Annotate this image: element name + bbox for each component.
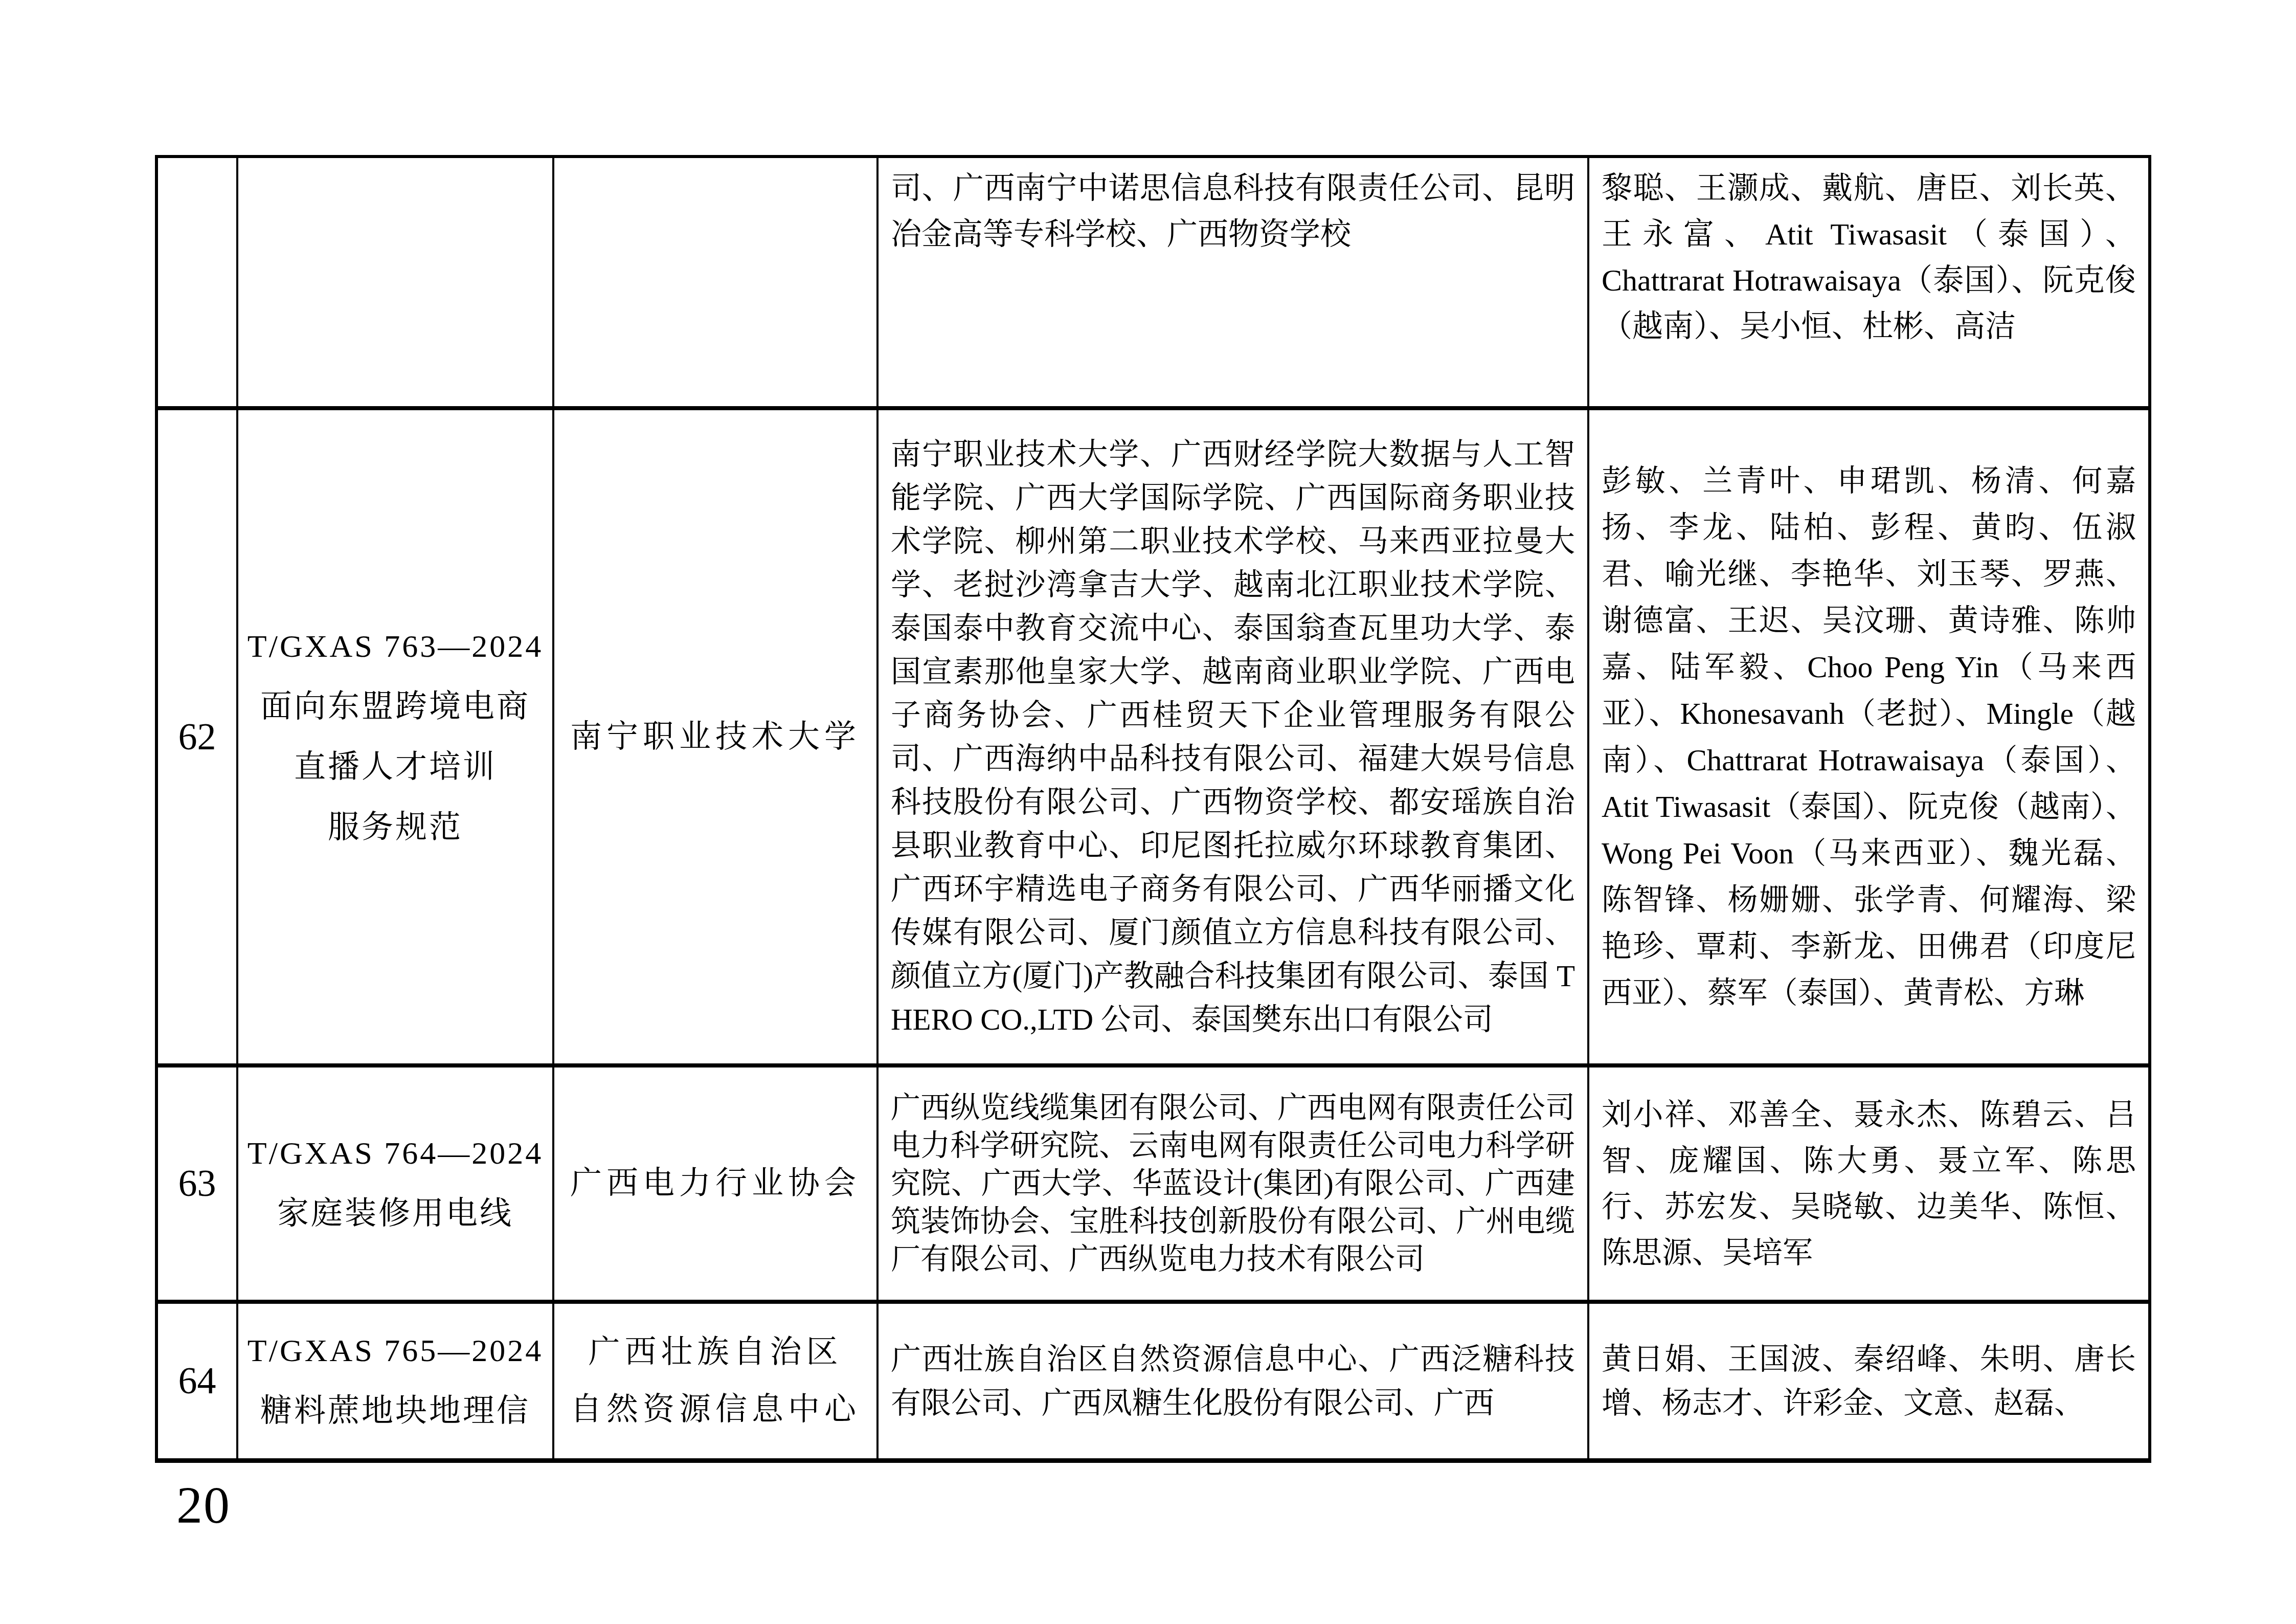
column-divider [236, 158, 238, 1458]
cell-drafting-units: 广西壮族自治区自然资源信息中心、广西泛糖科技有限公司、广西凤糖生化股份有限公司、… [879, 1304, 1587, 1458]
seq-number: 63 [178, 1163, 216, 1204]
cell-seq: 63 [158, 1067, 236, 1300]
drafters-text: 黄日娟、王国波、秦绍峰、朱明、唐长增、杨志才、许彩金、文意、赵磊、 [1602, 1337, 2136, 1425]
cell-org: 南宁职业技术大学 [554, 410, 876, 1063]
seq-number: 62 [178, 717, 216, 758]
org-name-line: 自然资源信息中心 [570, 1381, 861, 1438]
column-divider [552, 158, 554, 1458]
standard-title-line: 服务规范 [328, 797, 463, 858]
standard-title-line: 家庭装修用电线 [277, 1184, 513, 1244]
standards-table-body: 司、广西南宁中诺思信息科技有限责任公司、昆明冶金高等专科学校、广西物资学校 黎聪… [158, 158, 2148, 1458]
standard-code: T/GXAS 763—2024 [247, 616, 543, 677]
standards-table: 司、广西南宁中诺思信息科技有限责任公司、昆明冶金高等专科学校、广西物资学校 黎聪… [155, 155, 2151, 1463]
column-divider [1587, 158, 1589, 1458]
cell-drafting-units: 广西纵览线缆集团有限公司、广西电网有限责任公司电力科学研究院、云南电网有限责任公… [879, 1067, 1587, 1300]
drafters-text: 彭敏、兰青叶、申珺凯、杨清、何嘉扬、李龙、陆柏、彭程、黄昀、伍淑君、喻光继、李艳… [1602, 458, 2136, 1016]
org-name-line: 广西壮族自治区 [588, 1324, 842, 1381]
row-divider [158, 406, 2148, 410]
org-name-line: 南宁职业技术大学 [570, 708, 861, 766]
standard-code: T/GXAS 764—2024 [247, 1123, 543, 1184]
cell-seq: 62 [158, 410, 236, 1063]
standard-code: T/GXAS 765—2024 [247, 1321, 543, 1381]
standard-title-line: 面向东盟跨境电商 [260, 677, 530, 737]
cell-drafting-units: 南宁职业技术大学、广西财经学院大数据与人工智能学院、广西大学国际学院、广西国际商… [879, 410, 1587, 1063]
cell-standard: T/GXAS 764—2024 家庭装修用电线 [238, 1067, 552, 1300]
drafting-units-text: 广西纵览线缆集团有限公司、广西电网有限责任公司电力科学研究院、云南电网有限责任公… [891, 1089, 1575, 1278]
cell-drafters: 彭敏、兰青叶、申珺凯、杨清、何嘉扬、李龙、陆柏、彭程、黄昀、伍淑君、喻光继、李艳… [1589, 410, 2148, 1063]
drafting-units-text: 广西壮族自治区自然资源信息中心、广西泛糖科技有限公司、广西凤糖生化股份有限公司、… [891, 1337, 1575, 1425]
column-divider [876, 158, 879, 1458]
cell-seq: 64 [158, 1304, 236, 1458]
seq-number: 64 [178, 1361, 216, 1401]
cell-drafting-units: 司、广西南宁中诺思信息科技有限责任公司、昆明冶金高等专科学校、广西物资学校 [879, 158, 1587, 406]
cell-drafters: 黎聪、王灏成、戴航、唐臣、刘长英、王永富、Atit Tiwasasit（泰国）、… [1589, 158, 2148, 406]
page-number: 20 [176, 1480, 231, 1532]
standard-title-line: 直播人才培训 [294, 737, 497, 797]
drafters-text: 刘小祥、邓善全、聂永杰、陈碧云、吕智、庞耀国、陈大勇、聂立军、陈思行、苏宏发、吴… [1602, 1092, 2136, 1276]
cell-standard: T/GXAS 765—2024 糖料蔗地块地理信 [238, 1304, 552, 1458]
cell-org: 广西电力行业协会 [554, 1067, 876, 1300]
drafting-units-text: 南宁职业技术大学、广西财经学院大数据与人工智能学院、广西大学国际学院、广西国际商… [891, 433, 1575, 1041]
document-page: 司、广西南宁中诺思信息科技有限责任公司、昆明冶金高等专科学校、广西物资学校 黎聪… [0, 0, 2296, 1624]
cell-drafters: 刘小祥、邓善全、聂永杰、陈碧云、吕智、庞耀国、陈大勇、聂立军、陈思行、苏宏发、吴… [1589, 1067, 2148, 1300]
org-name-line: 广西电力行业协会 [570, 1155, 861, 1212]
cell-drafters: 黄日娟、王国波、秦绍峰、朱明、唐长增、杨志才、许彩金、文意、赵磊、 [1589, 1304, 2148, 1458]
row-divider [158, 1063, 2148, 1067]
row-divider [158, 1300, 2148, 1304]
cell-standard: T/GXAS 763—2024 面向东盟跨境电商 直播人才培训 服务规范 [238, 410, 552, 1063]
standard-title-line: 糖料蔗地块地理信 [260, 1381, 530, 1441]
cell-org: 广西壮族自治区 自然资源信息中心 [554, 1304, 876, 1458]
